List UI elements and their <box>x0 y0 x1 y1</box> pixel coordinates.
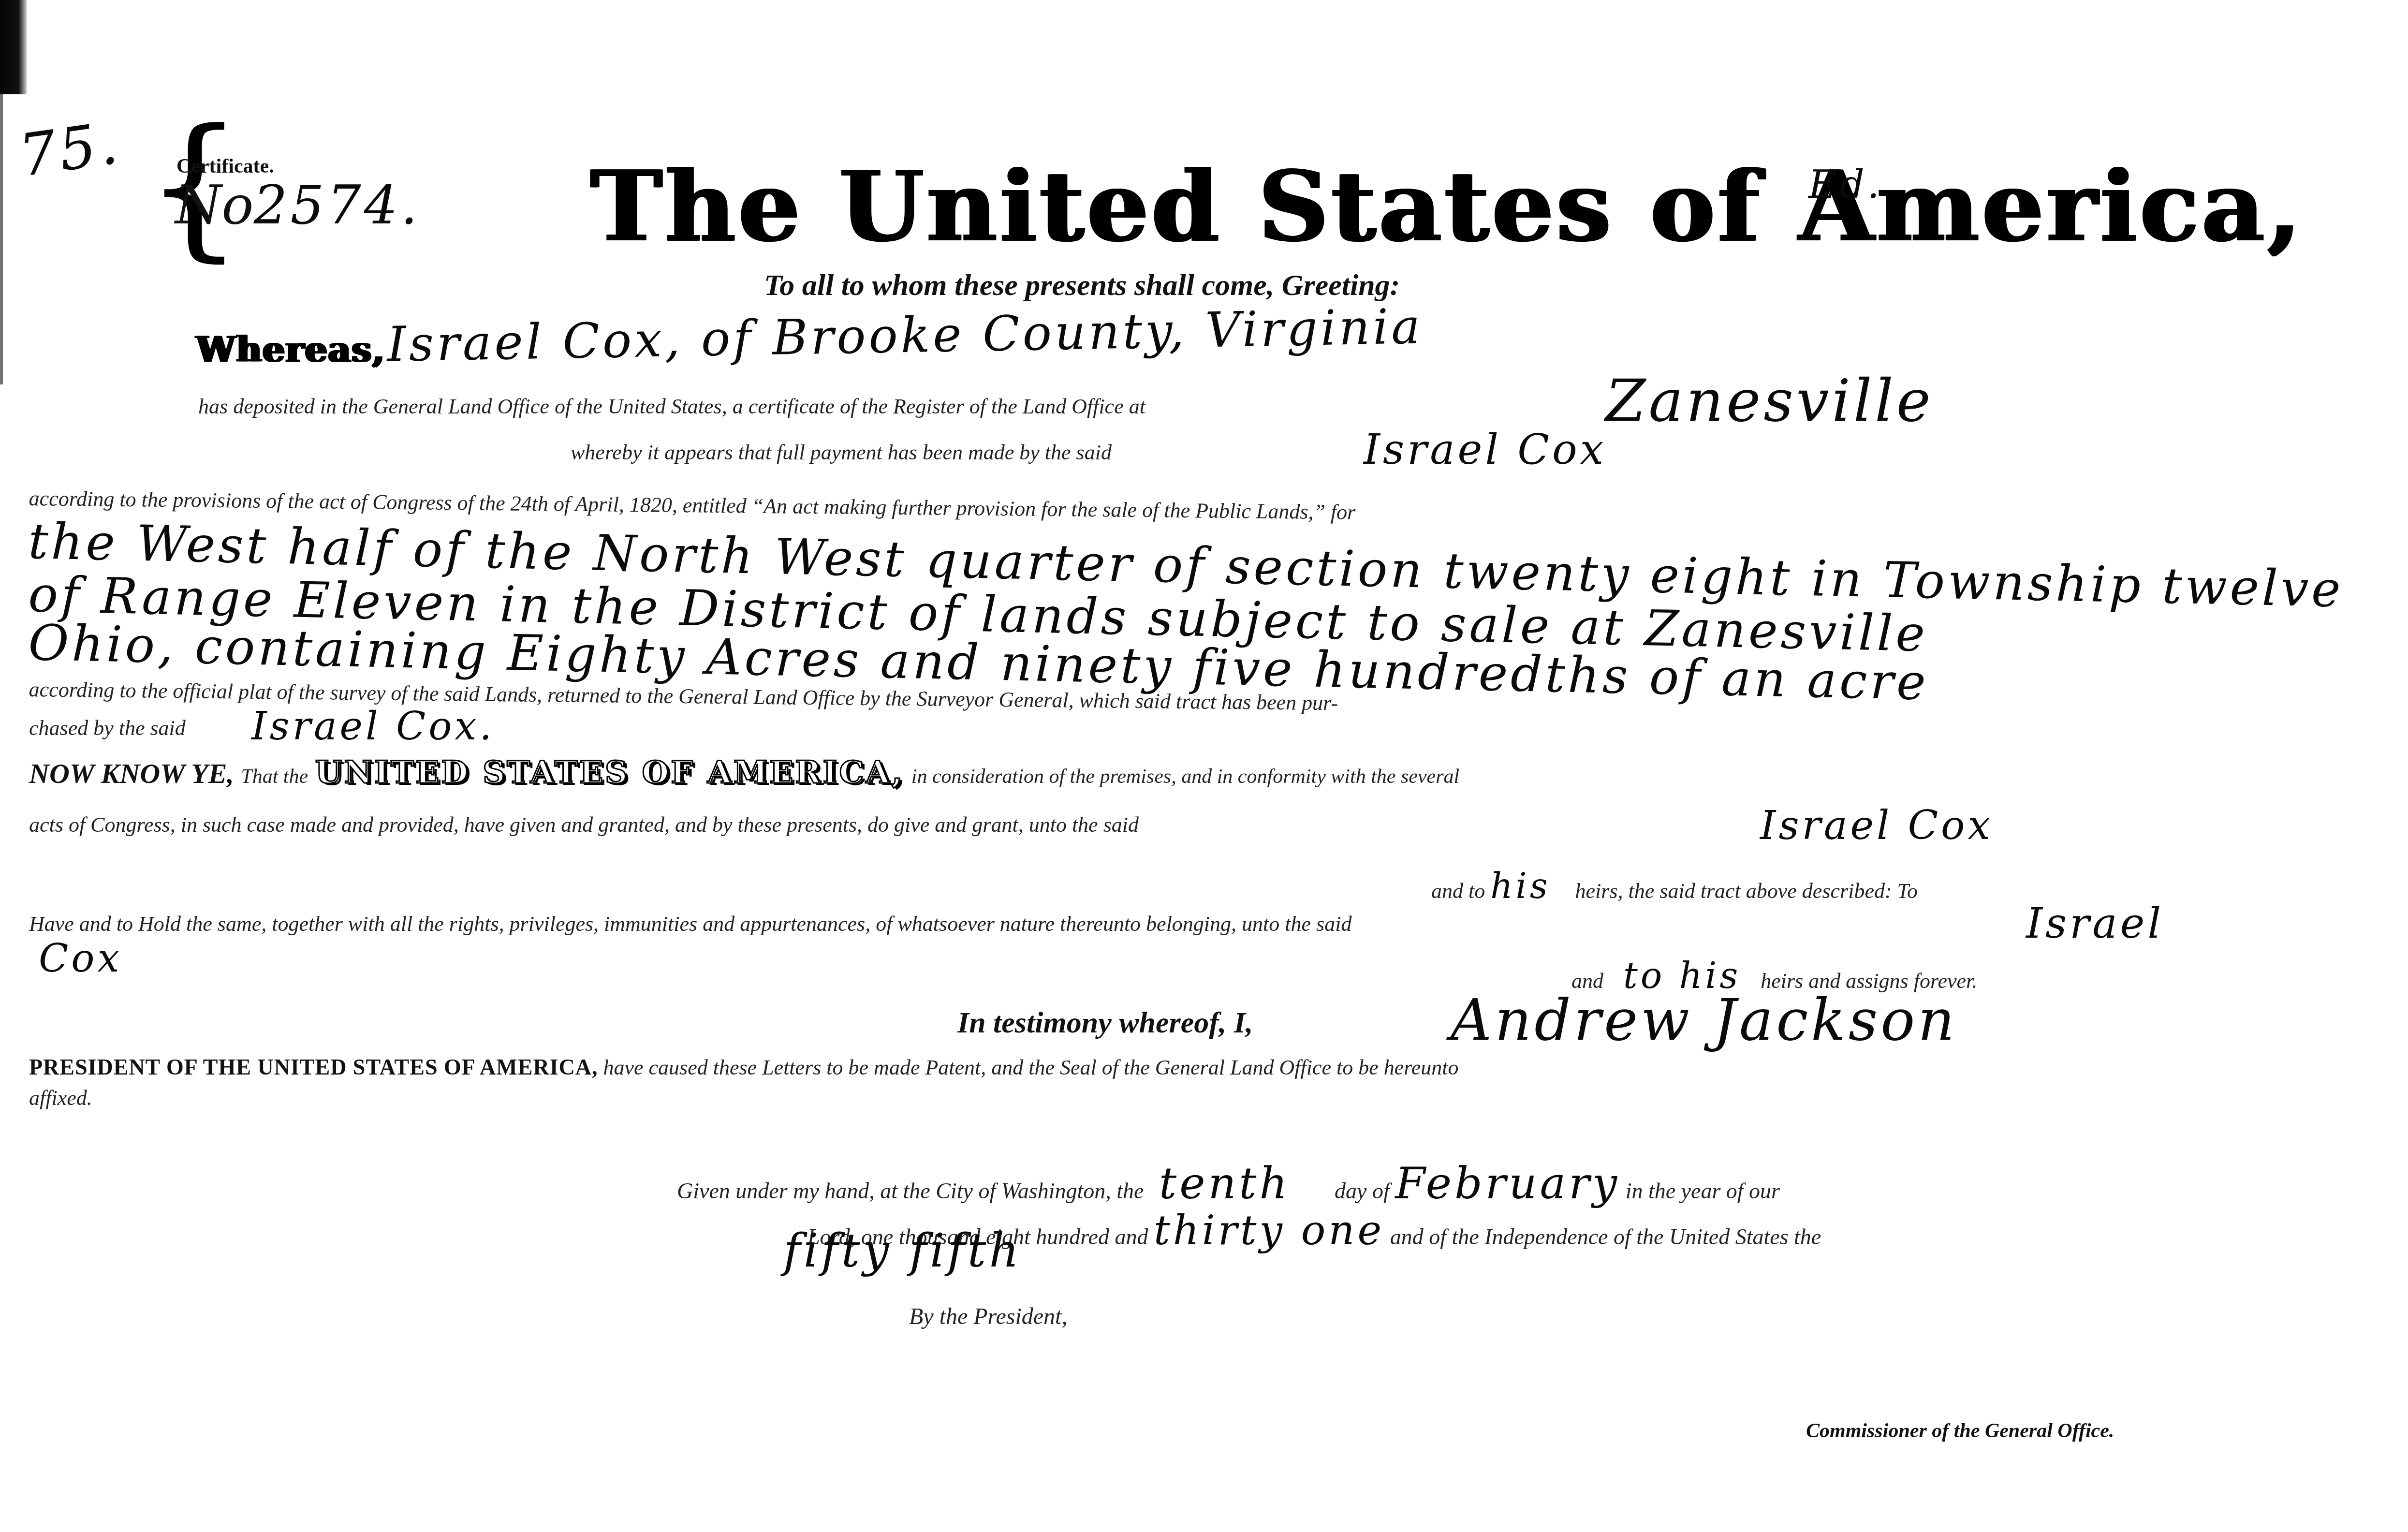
lord-rest: and of the Independence of the United St… <box>1390 1224 1821 1249</box>
certificate-number-prefix: No <box>175 174 253 236</box>
deposit-text: deposited in the General Land Office of … <box>233 395 1145 418</box>
given-line: Given under my hand, at the City of Wash… <box>677 1158 1780 1209</box>
heirs-and-to: and to <box>1431 879 1485 903</box>
payment-name: Israel Cox <box>1364 426 1606 474</box>
title-flourish: Ed. <box>1808 162 1882 207</box>
heirs-pronoun: his <box>1490 866 1550 906</box>
document-title: The United States of America, <box>590 150 2304 264</box>
deposit-has: has <box>198 395 228 418</box>
greeting: To all to whom these presents shall come… <box>764 268 1400 303</box>
payment-line: whereby it appears that full payment has… <box>571 440 1112 465</box>
now-know-ye-lead: NOW KNOW YE, <box>29 758 234 789</box>
deposit-line: has deposited in the General Land Office… <box>198 394 1145 419</box>
acts-name: Israel Cox <box>1760 803 1993 849</box>
lord-year: thirty one <box>1154 1207 1384 1254</box>
now-know-ye-rest: in consideration of the premises, and in… <box>911 766 1459 788</box>
president-signature: Andrew Jackson <box>1451 987 1957 1053</box>
independence-year: fifty fifth <box>783 1223 1022 1278</box>
scan-left-edge <box>0 94 3 384</box>
president-line: PRESIDENT OF THE UNITED STATES OF AMERIC… <box>29 1054 1458 1080</box>
commissioner-label: Commissioner of the General Office. <box>1806 1419 2114 1443</box>
purchased-line: chased by the said <box>29 716 186 740</box>
have-hold-name: Israel <box>2026 899 2164 948</box>
now-know-ye-line: NOW KNOW YE, That the UNITED STATES OF A… <box>29 754 1459 791</box>
heirs-line: and to his heirs, the said tract above d… <box>1431 866 1918 906</box>
given-text: Given under my hand, at the City of Wash… <box>677 1178 1144 1203</box>
scan-smudge <box>0 0 27 94</box>
certificate-number: No2574. <box>175 174 420 236</box>
given-day: tenth <box>1159 1158 1291 1209</box>
by-the-president: By the President, <box>909 1303 1067 1330</box>
cox-line: Cox <box>39 936 122 981</box>
purchased-name: Israel Cox. <box>251 704 495 749</box>
given-month: February <box>1395 1158 1620 1209</box>
president-rest: have caused these Letters to be made Pat… <box>603 1056 1458 1079</box>
testimony-text: In testimony whereof, I, <box>957 1006 1253 1040</box>
given-day-of: day of <box>1335 1178 1390 1203</box>
affixed: affixed. <box>29 1086 92 1110</box>
given-rest: in the year of our <box>1626 1178 1780 1203</box>
whereas-handwritten: Israel Cox, of Brooke County, Virginia <box>386 298 1424 372</box>
certificate-number-value: 2574. <box>253 174 420 236</box>
deposit-place: Zanesville <box>1605 368 1934 435</box>
president-caps: PRESIDENT OF THE UNITED STATES OF AMERIC… <box>29 1055 598 1079</box>
now-know-ye-that: That the <box>241 766 308 788</box>
now-know-ye-emblem: UNITED STATES OF AMERICA, <box>315 754 905 791</box>
whereas-lead: Whereas, <box>196 329 385 370</box>
margin-note: 75. <box>15 109 124 190</box>
have-hold-line: Have and to Hold the same, together with… <box>29 912 1351 936</box>
acts-line: acts of Congress, in such case made and … <box>29 812 1139 837</box>
heirs-rest: heirs, the said tract above described: T… <box>1575 879 1918 903</box>
